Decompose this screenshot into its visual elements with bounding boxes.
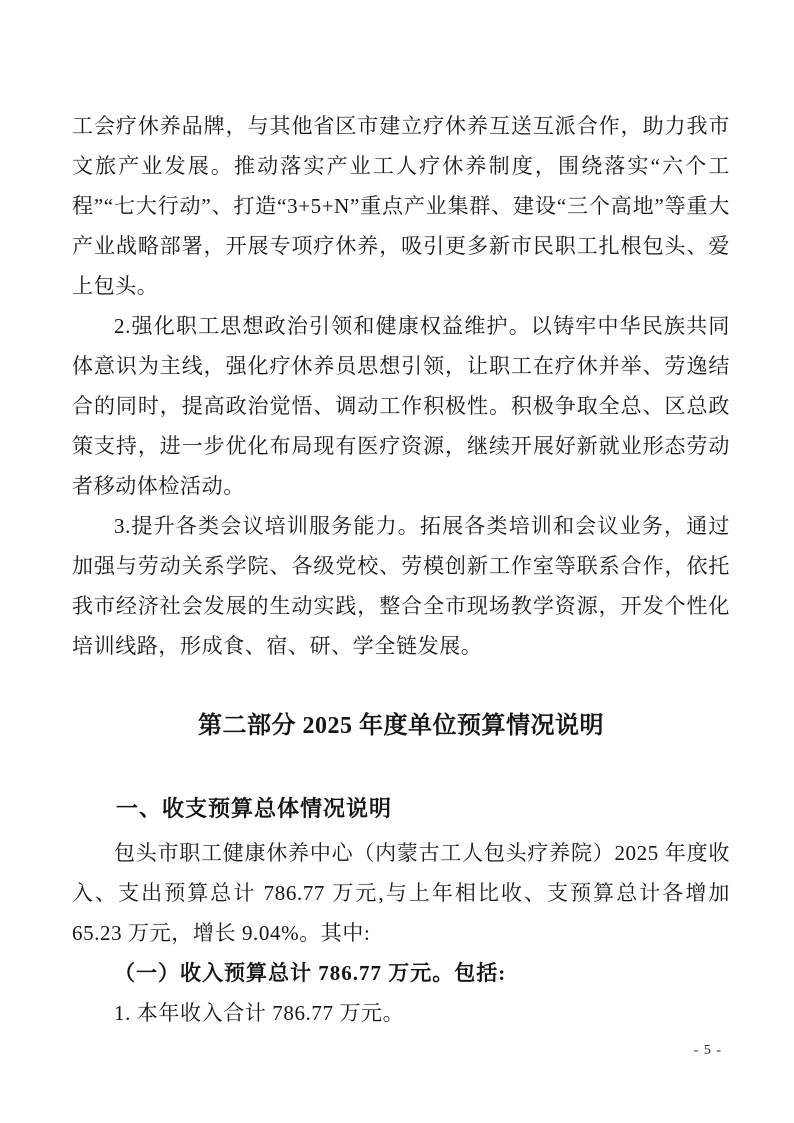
overview-paragraph: 包头市职工健康休养中心（内蒙古工人包头疗养院）2025 年度收入、支出预算总计 … [72,833,730,953]
page-number: - 5 - [694,1042,722,1060]
subheading-income-total: （一）收入预算总计 786.77 万元。包括: [72,953,730,993]
heading-budget-overview: 一、收支预算总体情况说明 [72,789,730,829]
page-content: 工会疗休养品牌，与其他省区市建立疗休养互送互派合作，助力我市文旅产业发展。推动落… [72,106,730,1033]
section-title: 第二部分 2025 年度单位预算情况说明 [72,706,730,746]
list-item-income-total: 1. 本年收入合计 786.77 万元。 [72,993,730,1033]
body-paragraph-continuation: 工会疗休养品牌，与其他省区市建立疗休养互送互派合作，助力我市文旅产业发展。推动落… [72,106,730,306]
body-paragraph-item-2: 2.强化职工思想政治引领和健康权益维护。以铸牢中华民族共同体意识为主线，强化疗休… [72,306,730,506]
body-paragraph-item-3: 3.提升各类会议培训服务能力。拓展各类培训和会议业务，通过加强与劳动关系学院、各… [72,506,730,666]
document-page: 工会疗休养品牌，与其他省区市建立疗休养互送互派合作，助力我市文旅产业发展。推动落… [0,0,794,1123]
